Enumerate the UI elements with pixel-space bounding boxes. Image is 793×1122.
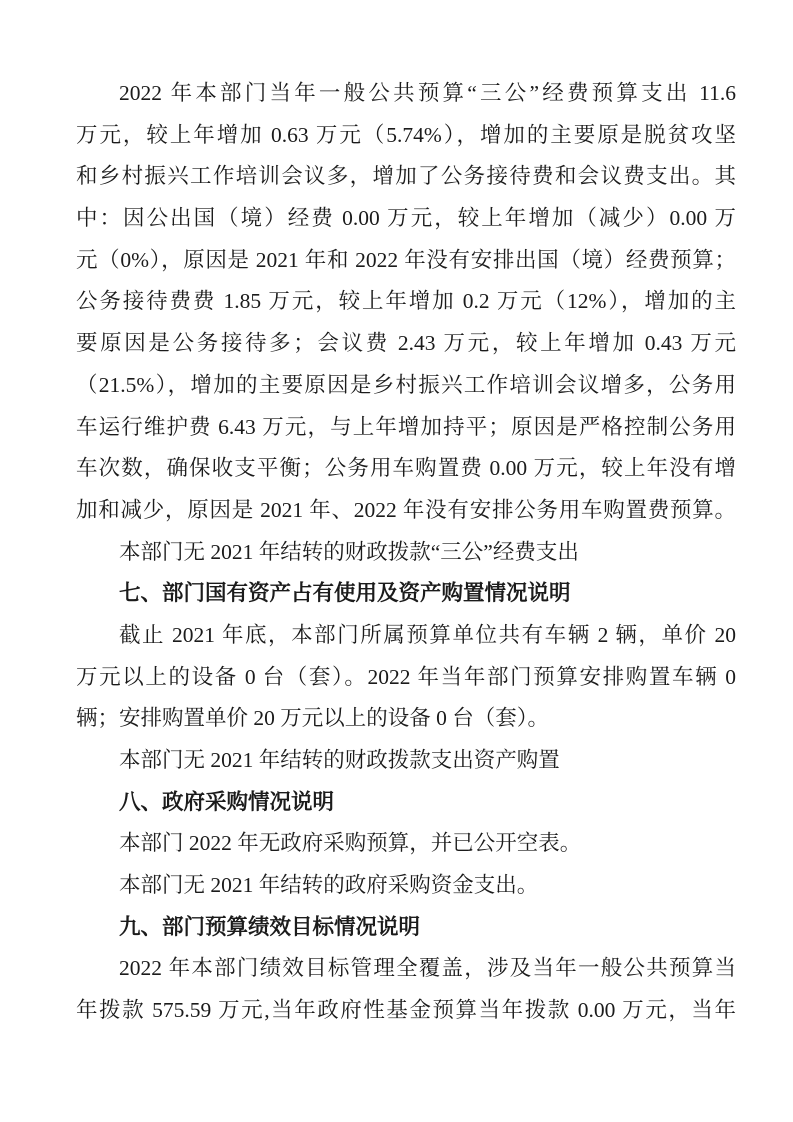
text-line: 要原因是公务接待多；会议费 2.43 万元，较上年增加 0.43 万元 [76,323,736,365]
text-line: 2022 年本部门绩效目标管理全覆盖，涉及当年一般公共预算当 [76,948,736,990]
text-line: 元（0%），原因是 2021 年和 2022 年没有安排出国（境）经费预算； [76,240,736,282]
section-heading: 八、政府采购情况说明 [76,782,736,824]
section-heading: 七、部门国有资产占有使用及资产购置情况说明 [76,573,736,615]
text-line: 本部门无 2021 年结转的政府采购资金支出。 [76,865,736,907]
text-line: 本部门无 2021 年结转的财政拨款“三公”经费支出 [76,532,736,574]
document-body: 2022 年本部门当年一般公共预算“三公”经费预算支出 11.6万元，较上年增加… [76,73,736,1032]
text-line: 2022 年本部门当年一般公共预算“三公”经费预算支出 11.6 [76,73,736,115]
text-line: 万元，较上年增加 0.63 万元（5.74%），增加的主要原是脱贫攻坚 [76,115,736,157]
section-heading: 九、部门预算绩效目标情况说明 [76,907,736,949]
text-line: 年拨款 575.59 万元,当年政府性基金预算当年拨款 0.00 万元，当年 [76,990,736,1032]
text-line: 车次数，确保收支平衡；公务用车购置费 0.00 万元，较上年没有增 [76,448,736,490]
text-line: 本部门无 2021 年结转的财政拨款支出资产购置 [76,740,736,782]
text-line: 加和减少，原因是 2021 年、2022 年没有安排公务用车购置费预算。 [76,490,736,532]
text-line: 万元以上的设备 0 台（套）。2022 年当年部门预算安排购置车辆 0 [76,657,736,699]
text-line: 本部门 2022 年无政府采购预算，并已公开空表。 [76,823,736,865]
text-line: 车运行维护费 6.43 万元，与上年增加持平；原因是严格控制公务用 [76,407,736,449]
text-line: （21.5%），增加的主要原因是乡村振兴工作培训会议增多，公务用 [76,365,736,407]
document-page: 2022 年本部门当年一般公共预算“三公”经费预算支出 11.6万元，较上年增加… [0,0,793,1122]
text-line: 公务接待费费 1.85 万元，较上年增加 0.2 万元（12%），增加的主 [76,281,736,323]
text-line: 辆；安排购置单价 20 万元以上的设备 0 台（套）。 [76,698,736,740]
text-line: 截止 2021 年底，本部门所属预算单位共有车辆 2 辆，单价 20 [76,615,736,657]
text-line: 和乡村振兴工作培训会议多，增加了公务接待费和会议费支出。其 [76,156,736,198]
text-line: 中：因公出国（境）经费 0.00 万元，较上年增加（减少）0.00 万 [76,198,736,240]
